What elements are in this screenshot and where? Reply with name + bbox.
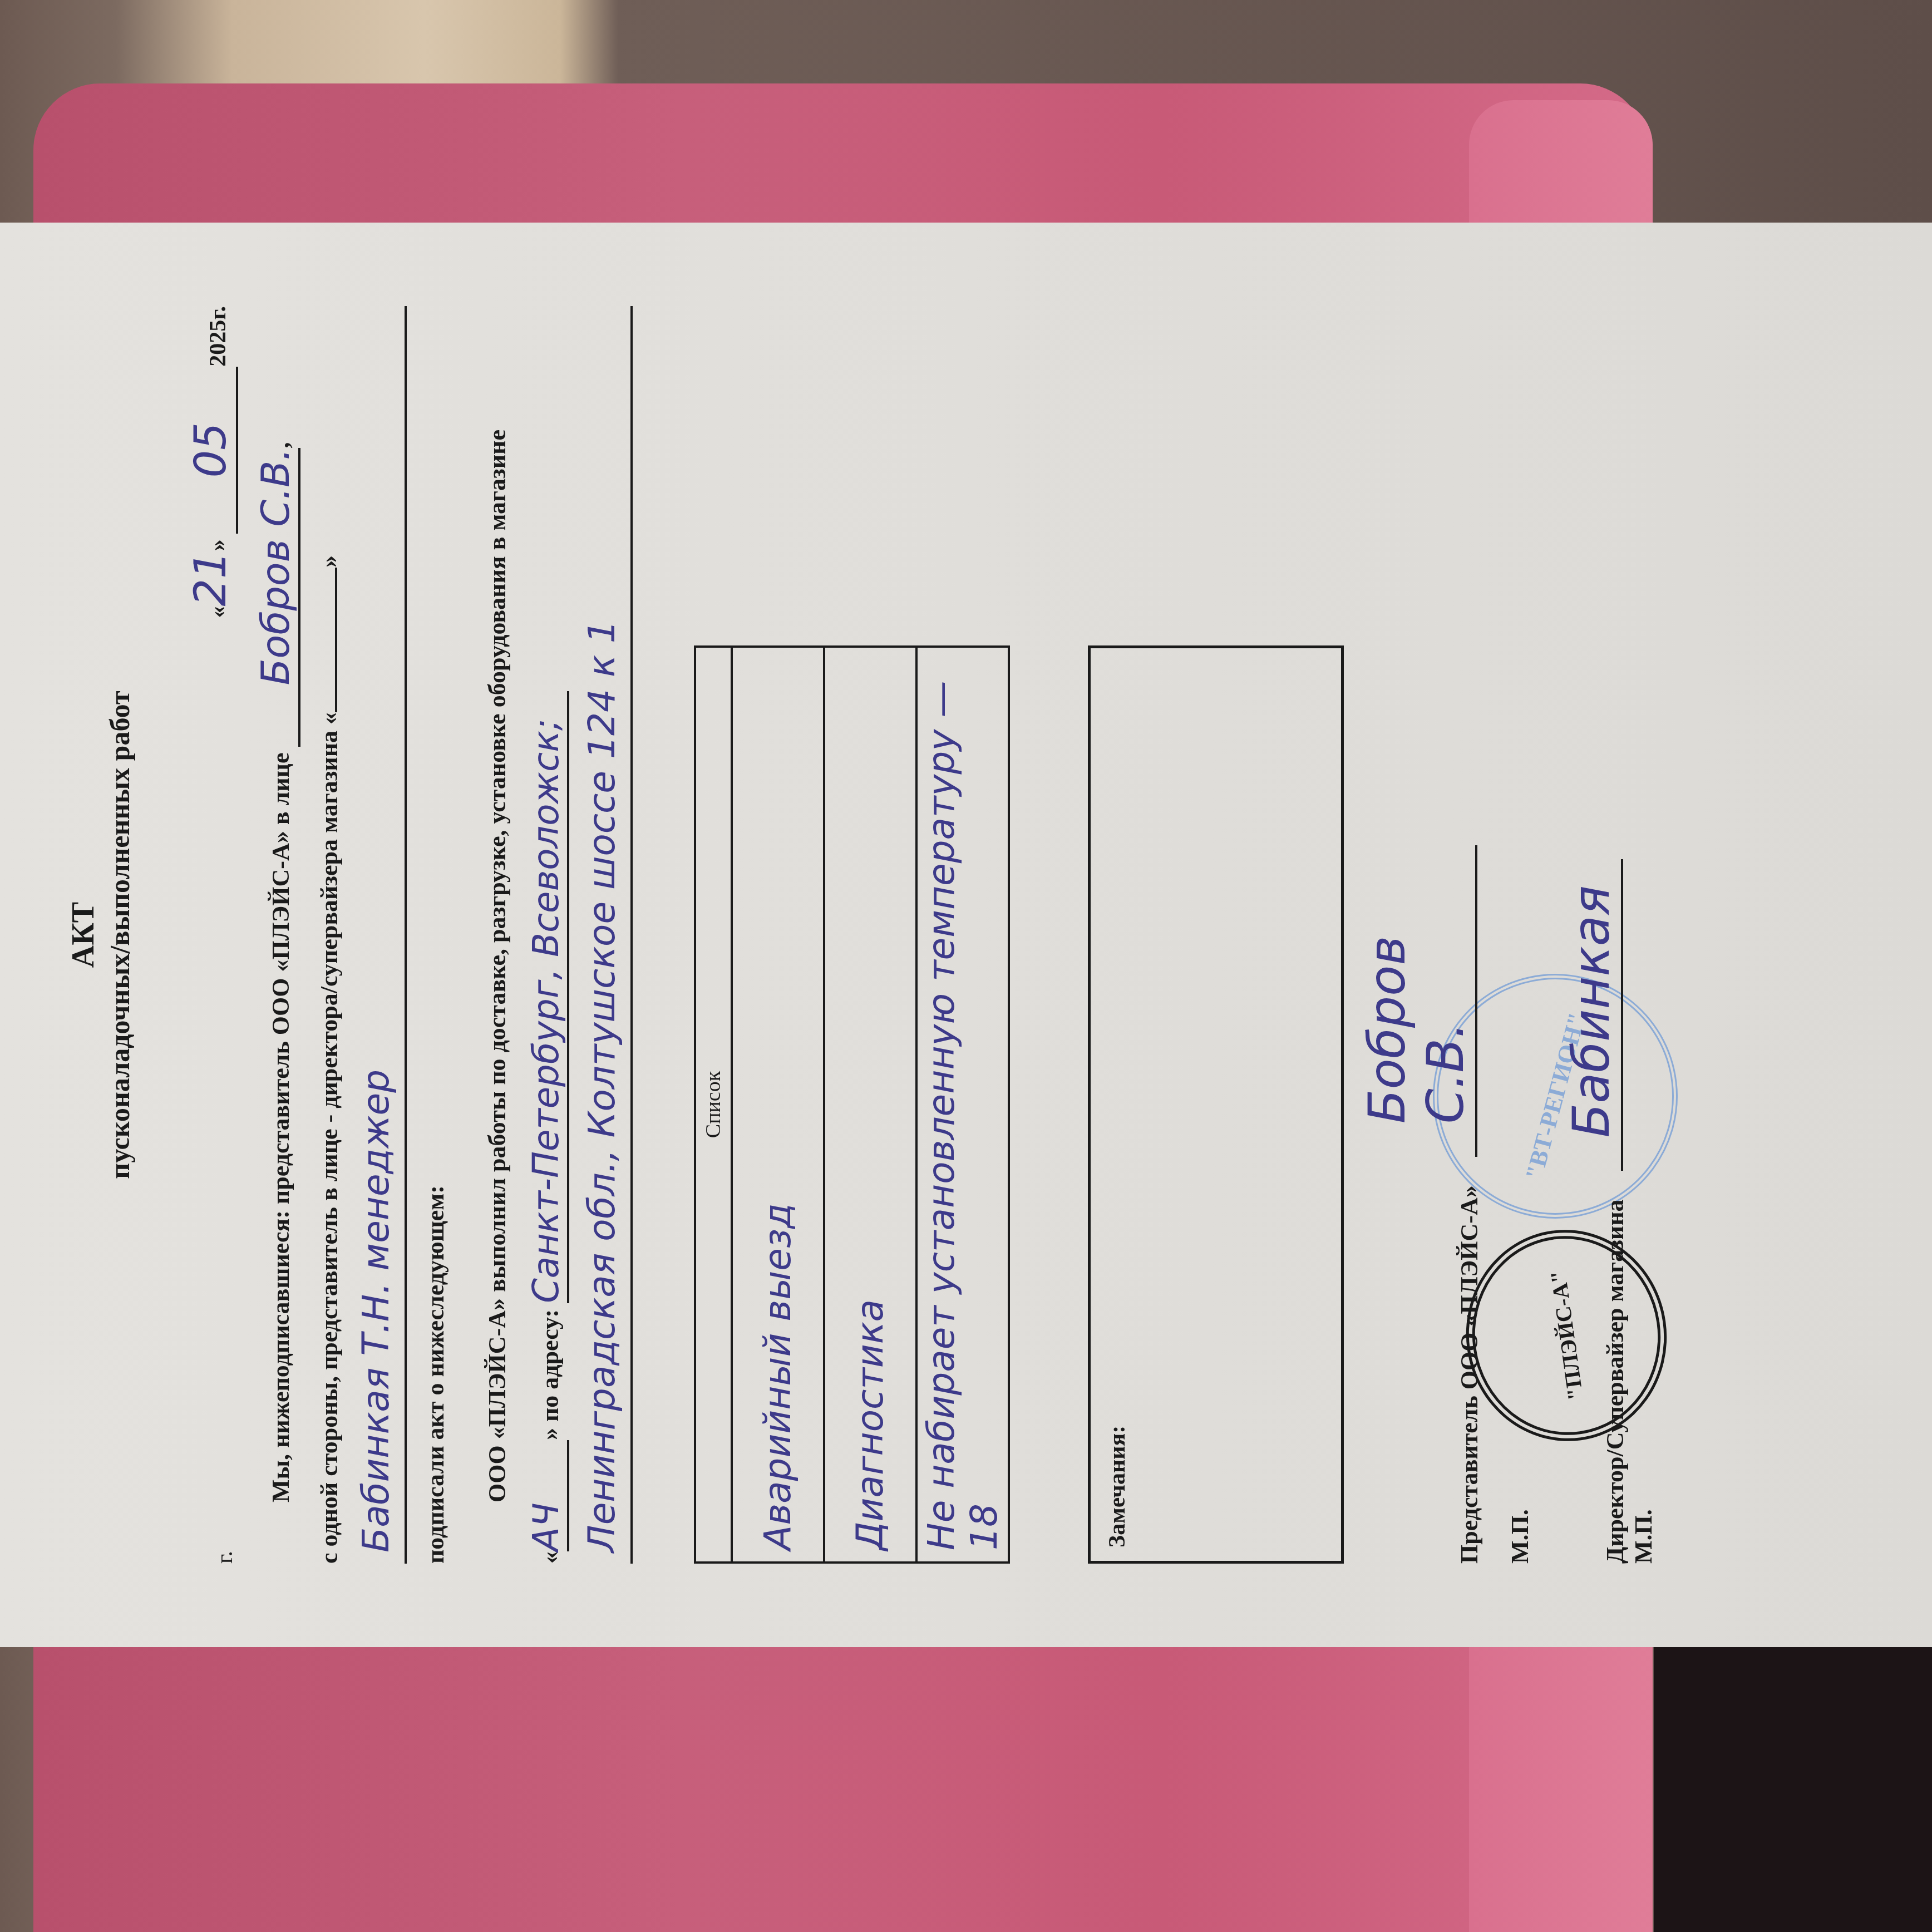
address-row: «АЧ» по адресу: Санкт-Петербург, Всеволо… bbox=[526, 306, 569, 1564]
list-item: Не набирает установленную температуру —1… bbox=[916, 647, 1009, 1563]
remarks-box: Замечания: bbox=[1088, 645, 1344, 1564]
company-signature-block: "ПЛЭЙС-А" "ВТ-РЕГИОН" Представитель ООО … bbox=[1455, 306, 1534, 1564]
intro-line-1: Мы, нижеподписавшиеся: представитель ООО… bbox=[253, 306, 300, 1564]
remarks-label: Замечания: bbox=[1105, 1426, 1130, 1547]
company-rep-signature: Бобров С.В. bbox=[1358, 845, 1475, 1123]
intro-line-2: с одной стороны, представитель в лице - … bbox=[315, 306, 343, 1564]
store-rep-name: Бабинкая Т.Н. менеджер bbox=[354, 306, 407, 1564]
work-list-table: Список Аварийный выезд Диагностика Не на… bbox=[694, 645, 1010, 1564]
document-title: АКТ bbox=[67, 306, 101, 1564]
list-item: Аварийный выезд bbox=[732, 647, 824, 1563]
list-item: Диагностика bbox=[824, 647, 916, 1563]
document-photo: АКТ пусконаладочных/выполненных работ г.… bbox=[0, 223, 1932, 1647]
store-name: АЧ bbox=[526, 1440, 569, 1551]
store-rep-label: Директор/Супервайзер магазина bbox=[1601, 1199, 1629, 1564]
date-year: 2025г. bbox=[205, 306, 231, 367]
address-line-1: Санкт-Петербург, Всеволожск; bbox=[526, 691, 569, 1303]
act-document: АКТ пусконаладочных/выполненных работ г.… bbox=[0, 223, 1932, 1647]
store-mp: М.П. bbox=[1629, 306, 1658, 1564]
document-subtitle: пусконаладочных/выполненных работ bbox=[103, 306, 136, 1564]
company-signature-line: Бобров С.В. bbox=[1475, 845, 1477, 1157]
store-blank bbox=[335, 568, 337, 712]
list-header: Список bbox=[695, 647, 732, 1563]
date-month: 05 bbox=[186, 367, 238, 534]
date-field: «21» 052025г. bbox=[186, 306, 238, 618]
city-label: г. bbox=[211, 1551, 238, 1564]
store-signature-line: Бабинкая bbox=[1621, 859, 1623, 1171]
city-date-row: г. «21» 052025г. bbox=[186, 306, 238, 1564]
store-signature-block: Директор/Супервайзер магазина Бабинкая М… bbox=[1601, 306, 1658, 1564]
company-rep-name: Бобров С.В. bbox=[253, 448, 300, 746]
date-day: 21 bbox=[186, 551, 236, 606]
store-rep-signature: Бабинкая bbox=[1563, 885, 1621, 1137]
signed-statement: подписали акт о нижеследующем: bbox=[421, 306, 450, 1564]
address-line-2: Ленинградская обл., Колтушское шоссе 124… bbox=[580, 306, 633, 1564]
work-statement: ООО «ПЛЭЙС-А» выполнил работы по доставк… bbox=[483, 306, 511, 1564]
